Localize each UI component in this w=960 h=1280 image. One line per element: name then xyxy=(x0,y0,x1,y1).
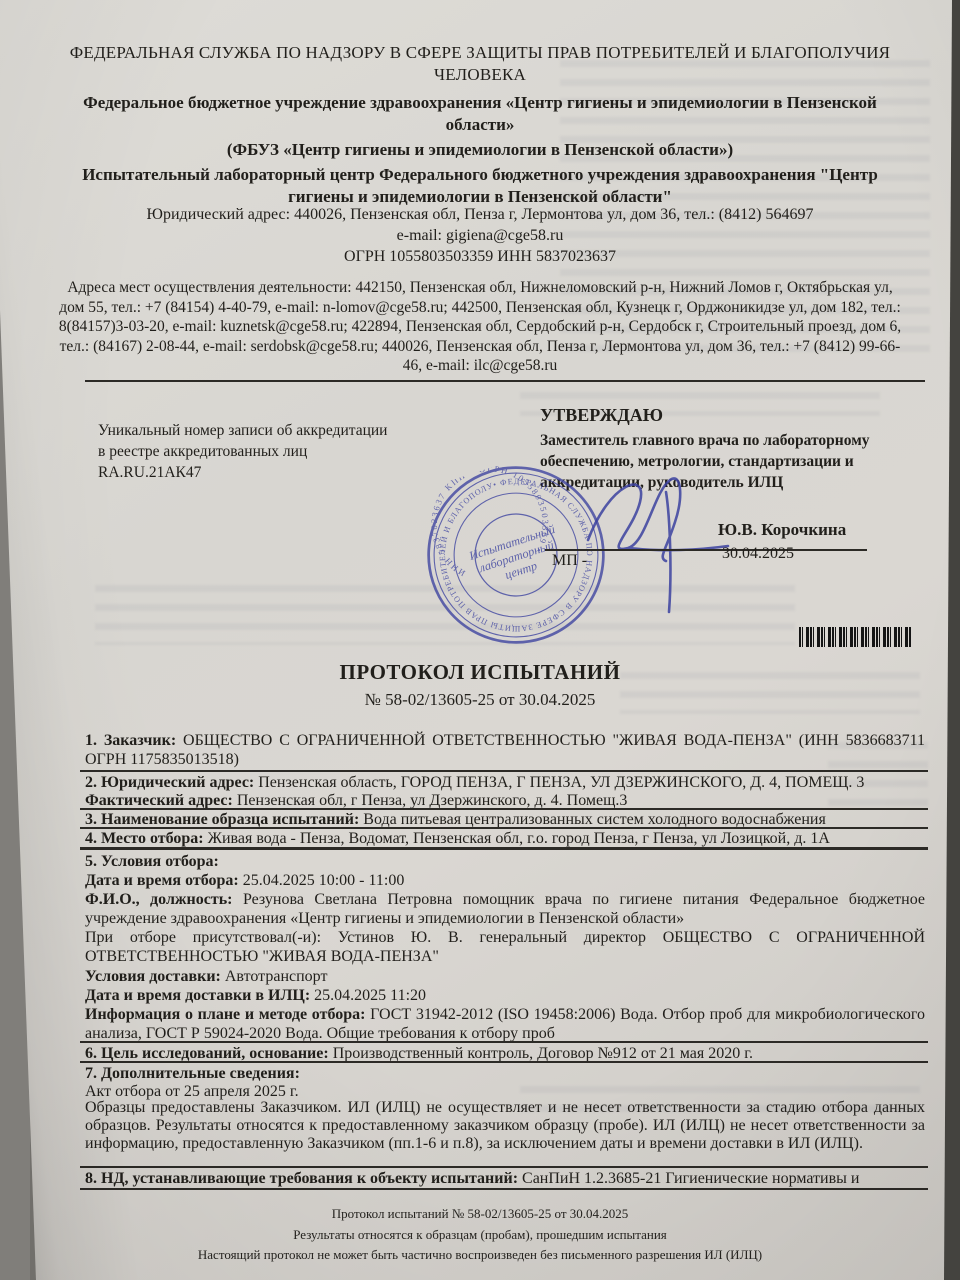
row-value: Образцы предоставлены Заказчиком. ИЛ (ИЛ… xyxy=(85,1099,925,1152)
row-label: 2. Юридический адрес: xyxy=(85,774,254,791)
separator-line xyxy=(80,1188,928,1190)
row-value: 25.04.2025 10:00 - 11:00 xyxy=(243,872,405,889)
footer-results-note: Результаты относятся к образцам (пробам)… xyxy=(60,1225,900,1246)
row-label: Информация о плане и методе отбора: xyxy=(85,1006,365,1023)
row-sampling-conditions: 5. Условия отбора: xyxy=(85,852,925,871)
row-label: 6. Цель исследований, основание: xyxy=(85,1045,329,1062)
row-value: Акт отбора от 25 апреля 2025 г. xyxy=(85,1083,299,1100)
row-value: СанПиН 1.2.3685-21 Гигиенические нормати… xyxy=(522,1170,859,1187)
row-label: 5. Условия отбора: xyxy=(85,853,219,870)
separator-line xyxy=(80,847,928,850)
row-label: 8. НД, устанавливающие требования к объе… xyxy=(85,1170,518,1187)
accreditation-line2: в реестре аккредитованных лиц xyxy=(98,441,438,462)
row-sampler-fio: Ф.И.О., должность: Резунова Светлана Пет… xyxy=(85,890,925,928)
row-label: Фактический адрес: xyxy=(85,792,233,809)
header-divider-line xyxy=(85,380,925,382)
row-disclaimer: Образцы предоставлены Заказчиком. ИЛ (ИЛ… xyxy=(85,1099,925,1153)
row-label: Дата и время отбора: xyxy=(85,872,239,889)
footer-copy-note: Настоящий протокол не может быть частичн… xyxy=(60,1245,900,1266)
row-value: Вода питьевая централизованных систем хо… xyxy=(363,811,826,828)
photo-of-document: ФЕДЕРАЛЬНАЯ СЛУЖБА ПО НАДЗОРУ В СФЕРЕ ЗА… xyxy=(0,0,960,1280)
row-value: ОБЩЕСТВО С ОГРАНИЧЕННОЙ ОТВЕТСТВЕННОСТЬЮ… xyxy=(85,732,925,768)
footer-protocol-number: Протокол испытаний № 58-02/13605-25 от 3… xyxy=(60,1204,900,1225)
row-customer: 1. Заказчик: ОБЩЕСТВО С ОГРАНИЧЕННОЙ ОТВ… xyxy=(85,731,925,769)
row-value: Пензенская обл, г Пенза, ул Дзержинского… xyxy=(237,792,628,809)
row-label: 3. Наименование образца испытаний: xyxy=(85,811,359,828)
protocol-title: ПРОТОКОЛ ИСПЫТАНИЙ xyxy=(60,660,900,685)
separator-line xyxy=(80,1041,928,1043)
organization-full-name: Федеральное бюджетное учреждение здравоо… xyxy=(60,92,900,136)
row-label: Ф.И.О., должность: xyxy=(85,891,233,908)
row-label: Дата и время доставки в ИЛЦ: xyxy=(85,987,310,1004)
activity-addresses: Адреса мест осуществления деятельности: … xyxy=(55,278,905,376)
row-value: Автотранспорт xyxy=(225,968,328,985)
legal-address-line: Юридический адрес: 440026, Пензенская об… xyxy=(60,204,900,225)
separator-line xyxy=(80,1166,928,1168)
agency-name: ФЕДЕРАЛЬНАЯ СЛУЖБА ПО НАДЗОРУ В СФЕРЕ ЗА… xyxy=(60,42,900,86)
row-value: Живая вода - Пенза, Водомат, Пензенская … xyxy=(208,830,830,847)
row-value: 25.04.2025 11:20 xyxy=(314,987,426,1004)
row-label: При отборе присутствовал(-и): xyxy=(85,929,321,946)
approver-name: Ю.В. Корочкина xyxy=(718,520,846,540)
approval-title: УТВЕРЖДАЮ xyxy=(540,405,663,426)
protocol-number: № 58-02/13605-25 от 30.04.2025 xyxy=(60,690,900,710)
ogrn-inn-line: ОГРН 1055803503359 ИНН 5837023637 xyxy=(60,246,900,267)
row-nd-requirements: 8. НД, устанавливающие требования к объе… xyxy=(85,1169,925,1188)
row-label: 4. Место отбора: xyxy=(85,830,204,847)
separator-line xyxy=(80,770,928,772)
testing-lab-center-name: Испытательный лабораторный центр Федерал… xyxy=(60,164,900,208)
row-additional-info: 7. Дополнительные сведения: xyxy=(85,1064,925,1083)
row-delivery-datetime: Дата и время доставки в ИЛЦ: 25.04.2025 … xyxy=(85,986,925,1005)
signature-line xyxy=(545,549,867,551)
separator-line xyxy=(80,1061,928,1063)
email-line: e-mail: gigiena@cge58.ru xyxy=(60,225,900,246)
row-label: 7. Дополнительные сведения: xyxy=(85,1065,300,1082)
row-delivery-conditions: Условия доставки: Автотранспорт xyxy=(85,967,925,986)
row-value: Производственный контроль, Договор №912 … xyxy=(333,1045,753,1062)
row-label: 1. Заказчик: xyxy=(85,732,176,749)
row-label: Условия доставки: xyxy=(85,968,221,985)
organization-short-name: (ФБУЗ «Центр гигиены и эпидемиологии в П… xyxy=(60,139,900,161)
row-value: Пензенская область, ГОРОД ПЕНЗА, Г ПЕНЗА… xyxy=(258,774,864,791)
page-footer: Протокол испытаний № 58-02/13605-25 от 3… xyxy=(60,1204,900,1266)
accreditation-block: Уникальный номер записи об аккредитации … xyxy=(98,420,438,483)
row-sampling-datetime: Дата и время отбора: 25.04.2025 10:00 - … xyxy=(85,871,925,890)
row-method-info: Информация о плане и методе отбора: ГОСТ… xyxy=(85,1005,925,1043)
row-persons-present: При отборе присутствовал(-и): Устинов Ю.… xyxy=(85,928,925,966)
stamp-here-mark: МП - xyxy=(552,552,587,570)
accreditation-number: RA.RU.21АК47 xyxy=(98,462,438,483)
row-legal-address: 2. Юридический адрес: Пензенская область… xyxy=(85,773,925,792)
barcode xyxy=(799,627,912,647)
approval-date: 30.04.2025 xyxy=(722,545,794,563)
row-sampling-place: 4. Место отбора: Живая вода - Пенза, Вод… xyxy=(85,829,925,848)
accreditation-line1: Уникальный номер записи об аккредитации xyxy=(98,420,438,441)
